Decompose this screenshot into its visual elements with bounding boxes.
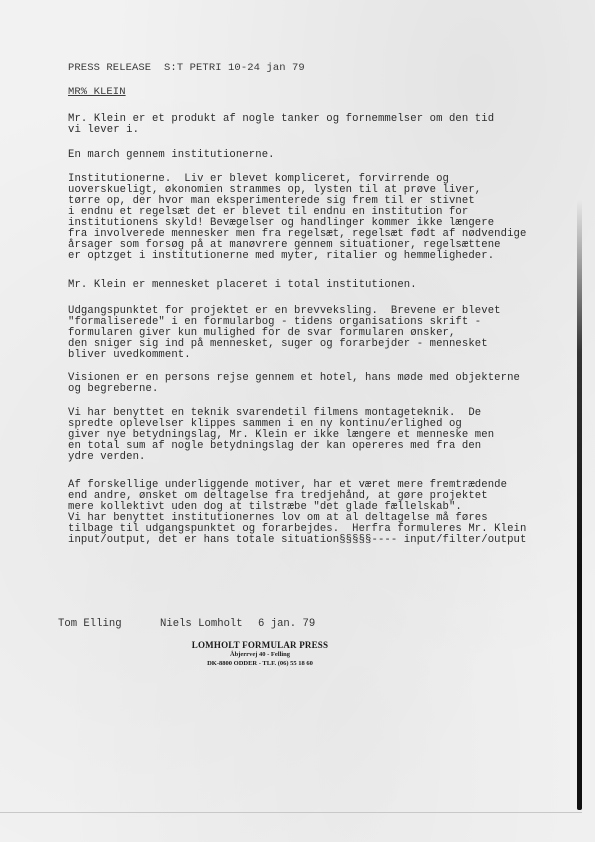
paragraph-line: bliver uvedkomment. [68,350,191,361]
signature-tom-elling: Tom Elling [58,618,122,630]
page-bottom-edge [0,812,582,813]
signature-date: 6 jan. 79 [258,618,315,630]
paragraph-line: input/output, det er hans totale situati… [68,535,526,546]
paragraph-line: er optzget i institutionerne med myter, … [68,251,494,262]
stamp-address: Åbjerrvej 40 - Felling [180,651,340,658]
paragraph-line: En march gennem institutionerne. [68,150,275,161]
stamp-company-name: LOMHOLT FORMULAR PRESS [180,640,340,650]
paragraph-line: ydre verden. [68,452,146,463]
document-title: MR% KLEIN [68,87,126,98]
press-release-header: PRESS RELEASE S:T PETRI 10-24 jan 79 [68,63,305,74]
paragraph-line: vi lever i. [68,125,139,136]
signature-niels-lomholt: Niels Lomholt [160,618,243,630]
stamp-city-phone: DK-8800 ODDER - TLF. (06) 55 18 60 [180,660,340,667]
paragraph-line: og begreberne. [68,384,158,395]
page-edge-shadow [577,200,582,810]
paragraph-line: Mr. Klein er mennesket placeret i total … [68,280,417,291]
scanned-page: PRESS RELEASE S:T PETRI 10-24 jan 79 MR%… [0,0,595,842]
